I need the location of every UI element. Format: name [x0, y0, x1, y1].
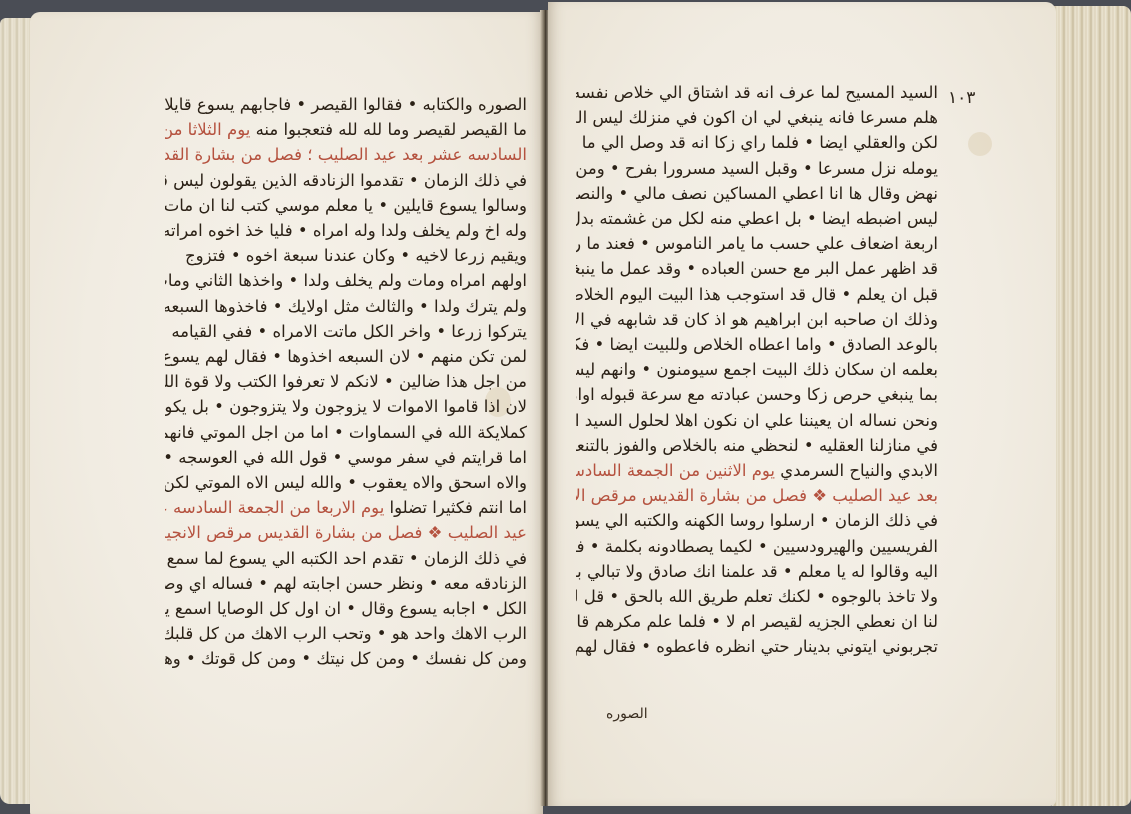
manuscript-line: نهض وقال ها انا اعطي المساكين نصف مالي •…	[576, 181, 938, 206]
manuscript-line: اليه وقالوا له يا معلم • قد علمنا انك صا…	[576, 559, 938, 584]
right-page-edges	[1052, 6, 1131, 806]
line-text: في ذلك الزمان • تقدموا الزنادقه الذين يق…	[165, 171, 527, 190]
manuscript-line: لمن تكن منهم • لان السبعه اخذوها • فقال …	[165, 344, 527, 369]
line-text: ونحن نساله ان يعيننا علي ان نكون اهلا لح…	[576, 411, 938, 430]
line-text: الصوره والكتابه • فقالوا القيصر • فاجابه…	[165, 95, 527, 114]
manuscript-line: وله اخ ولم يخلف ولدا وله امراه • فليا خذ…	[165, 218, 527, 243]
line-text: قبل ان يعلم • قال قد استوجب هذا البيت ال…	[576, 285, 938, 304]
line-text: اولهم امراه ومات ولم يخلف ولدا • واخذها …	[165, 271, 527, 290]
line-text: نهض وقال ها انا اعطي المساكين نصف مالي •…	[576, 184, 938, 203]
manuscript-line: اما قرايتم في سفر موسي • قول الله في الع…	[165, 445, 527, 470]
manuscript-line: لنا ان نعطي الجزيه لقيصر ام لا • فلما عل…	[576, 609, 938, 634]
manuscript-line: السادسه عشر بعد عيد الصليب ؛ فصل من بشار…	[165, 142, 527, 167]
line-text: عيد الصليب ❖ فصل من بشارة القديس مرقص ال…	[165, 523, 527, 542]
left-page-edges	[0, 18, 34, 804]
manuscript-line: اربعة اضعاف علي حسب ما يامر الناموس • فع…	[576, 231, 938, 256]
line-text: ليس اضبطه ايضا • بل اعطي منه لكل من غشمت…	[576, 209, 938, 228]
line-text: ولم يترك ولدا • والثالث مثل اولايك • فاخ…	[165, 297, 527, 316]
line-text: والاه اسحق والاه يعقوب • والله ليس الاه …	[165, 473, 527, 492]
line-text: لنا ان نعطي الجزيه لقيصر ام لا • فلما عل…	[576, 612, 938, 631]
manuscript-line: وسالوا يسوع قايلين • يا معلم موسي كتب لن…	[165, 193, 527, 218]
rubric-text: يوم الاربعا من الجمعة السادسه عشر بعد	[165, 498, 390, 517]
catchword: الصوره	[606, 706, 648, 722]
line-text: لكن والعقلي ايضا • فلما راي زكا انه قد و…	[576, 133, 938, 152]
manuscript-line: بعد عيد الصليب ❖ فصل من بشارة القديس مرق…	[576, 483, 938, 508]
line-text: ما القيصر لقيصر وما لله لله فتعجبوا منه	[256, 120, 527, 139]
manuscript-line: ولم يترك ولدا • والثالث مثل اولايك • فاخ…	[165, 294, 527, 319]
line-text: ويقيم زرعا لاخيه • وكان عندنا سبعة اخوه …	[185, 246, 527, 265]
open-manuscript: الصوره والكتابه • فقالوا القيصر • فاجابه…	[0, 0, 1131, 814]
line-text: الرب الاهك واحد هو • وتحب الرب الاهك من …	[165, 624, 527, 643]
line-text: يتركوا زرعا • واخر الكل ماتت الامراه • ف…	[165, 322, 527, 341]
manuscript-line: وذلك ان صاحبه ابن ابراهيم هو اذ كان قد ش…	[576, 307, 938, 332]
manuscript-line: الكل • اجابه يسوع وقال • ان اول كل الوصا…	[165, 596, 527, 621]
line-text: الابدي والنياح السرمدي	[780, 461, 938, 480]
line-text: اما انتم فكثيرا تضلوا	[390, 498, 527, 517]
rubric-text: يوم الاثنين من الجمعة السادسه عشر	[576, 461, 780, 480]
manuscript-line: السيد المسيح لما عرف انه قد اشتاق الي خل…	[576, 80, 938, 105]
manuscript-line: الفريسيين والهيرودسيين • لكيما يصطادونه …	[576, 534, 938, 559]
line-text: قد اظهر عمل البر مع حسن العباده • وقد عم…	[576, 259, 938, 278]
line-text: الزنادقه معه • ونظر حسن اجابته لهم • فسا…	[165, 574, 527, 593]
line-text: وذلك ان صاحبه ابن ابراهيم هو اذ كان قد ش…	[576, 310, 938, 329]
line-text: يومله نزل مسرعا • وقبل السيد مسرورا بفرح…	[576, 159, 938, 178]
manuscript-line: بعلمه ان سكان ذلك البيت اجمع سيومنون • و…	[576, 357, 938, 382]
manuscript-line: والاه اسحق والاه يعقوب • والله ليس الاه …	[165, 470, 527, 495]
left-page-text: الصوره والكتابه • فقالوا القيصر • فاجابه…	[165, 92, 527, 672]
rubric-text: يوم الثلاثا من الجمعة	[165, 120, 256, 139]
line-text: في منازلنا العقليه • لنحظي منه بالخلاص و…	[576, 436, 938, 455]
line-text: وله اخ ولم يخلف ولدا وله امراه • فليا خذ…	[165, 221, 527, 240]
manuscript-line: الابدي والنياح السرمدي يوم الاثنين من ال…	[576, 458, 938, 483]
stain	[968, 132, 992, 156]
manuscript-line: كملايكة الله في السماوات • اما من اجل ال…	[165, 420, 527, 445]
manuscript-line: عيد الصليب ❖ فصل من بشارة القديس مرقص ال…	[165, 520, 527, 545]
line-text: لان اذا قاموا الاموات لا يزوجون ولا يتزو…	[165, 397, 527, 416]
manuscript-line: يومله نزل مسرعا • وقبل السيد مسرورا بفرح…	[576, 156, 938, 181]
line-text: تجربوني ايتوني بدينار حتي انظره فاعطوه •…	[576, 637, 938, 656]
line-text: بما ينبغي حرص زكا وحسن عبادته مع سرعة قب…	[576, 385, 938, 404]
manuscript-line: هلم مسرعا فانه ينبغي لي ان اكون في منزلك…	[576, 105, 938, 130]
manuscript-line: اما انتم فكثيرا تضلوا يوم الاربعا من الج…	[165, 495, 527, 520]
manuscript-line: لكن والعقلي ايضا • فلما راي زكا انه قد و…	[576, 130, 938, 155]
line-text: اليه وقالوا له يا معلم • قد علمنا انك صا…	[576, 562, 938, 581]
manuscript-line: لان اذا قاموا الاموات لا يزوجون ولا يتزو…	[165, 394, 527, 419]
manuscript-line: قبل ان يعلم • قال قد استوجب هذا البيت ال…	[576, 282, 938, 307]
manuscript-line: قد اظهر عمل البر مع حسن العباده • وقد عم…	[576, 256, 938, 281]
manuscript-line: الرب الاهك واحد هو • وتحب الرب الاهك من …	[165, 621, 527, 646]
right-page-text: السيد المسيح لما عرف انه قد اشتاق الي خل…	[576, 80, 938, 660]
left-page: الصوره والكتابه • فقالوا القيصر • فاجابه…	[30, 12, 543, 814]
manuscript-line: تجربوني ايتوني بدينار حتي انظره فاعطوه •…	[576, 634, 938, 659]
manuscript-line: ولا تاخذ بالوجوه • لكنك تعلم طريق الله ب…	[576, 584, 938, 609]
manuscript-line: يتركوا زرعا • واخر الكل ماتت الامراه • ف…	[165, 319, 527, 344]
folio-number: ١٠٣	[948, 88, 975, 108]
line-text: من اجل هذا ضالين • لانكم لا تعرفوا الكتب…	[165, 372, 527, 391]
manuscript-line: بما ينبغي حرص زكا وحسن عبادته مع سرعة قب…	[576, 382, 938, 407]
manuscript-line: ويقيم زرعا لاخيه • وكان عندنا سبعة اخوه …	[165, 243, 527, 268]
manuscript-line: الصوره والكتابه • فقالوا القيصر • فاجابه…	[165, 92, 527, 117]
line-text: هلم مسرعا فانه ينبغي لي ان اكون في منزلك…	[576, 108, 938, 127]
manuscript-line: من اجل هذا ضالين • لانكم لا تعرفوا الكتب…	[165, 369, 527, 394]
manuscript-line: ليس اضبطه ايضا • بل اعطي منه لكل من غشمت…	[576, 206, 938, 231]
line-text: ولا تاخذ بالوجوه • لكنك تعلم طريق الله ب…	[576, 587, 938, 606]
line-text: في ذلك الزمان • ارسلوا روسا الكهنه والكت…	[576, 511, 938, 530]
line-text: في ذلك الزمان • تقدم احد الكتبه الي يسوع…	[165, 549, 527, 568]
line-text: بعد عيد الصليب ❖ فصل من بشارة القديس مرق…	[576, 486, 938, 505]
manuscript-line: ومن كل نفسك • ومن كل نيتك • ومن كل قوتك …	[165, 646, 527, 671]
line-text: السادسه عشر بعد عيد الصليب ؛ فصل من بشار…	[165, 145, 527, 164]
manuscript-line: في ذلك الزمان • تقدموا الزنادقه الذين يق…	[165, 168, 527, 193]
line-text: اربعة اضعاف علي حسب ما يامر الناموس • فع…	[576, 234, 938, 253]
manuscript-line: في ذلك الزمان • تقدم احد الكتبه الي يسوع…	[165, 546, 527, 571]
manuscript-line: اولهم امراه ومات ولم يخلف ولدا • واخذها …	[165, 268, 527, 293]
line-text: ومن كل نفسك • ومن كل نيتك • ومن كل قوتك …	[165, 649, 527, 668]
manuscript-line: في منازلنا العقليه • لنحظي منه بالخلاص و…	[576, 433, 938, 458]
manuscript-line: في ذلك الزمان • ارسلوا روسا الكهنه والكت…	[576, 508, 938, 533]
manuscript-line: بالوعد الصادق • واما اعطاه الخلاص وللبيت…	[576, 332, 938, 357]
line-text: الفريسيين والهيرودسيين • لكيما يصطادونه …	[576, 537, 938, 556]
line-text: كملايكة الله في السماوات • اما من اجل ال…	[165, 423, 527, 442]
line-text: اما قرايتم في سفر موسي • قول الله في الع…	[165, 448, 527, 467]
line-text: وسالوا يسوع قايلين • يا معلم موسي كتب لن…	[165, 196, 527, 215]
line-text: بعلمه ان سكان ذلك البيت اجمع سيومنون • و…	[576, 360, 938, 379]
manuscript-line: ما القيصر لقيصر وما لله لله فتعجبوا منه …	[165, 117, 527, 142]
line-text: السيد المسيح لما عرف انه قد اشتاق الي خل…	[576, 83, 938, 102]
line-text: الكل • اجابه يسوع وقال • ان اول كل الوصا…	[165, 599, 527, 618]
manuscript-line: ونحن نساله ان يعيننا علي ان نكون اهلا لح…	[576, 408, 938, 433]
manuscript-line: الزنادقه معه • ونظر حسن اجابته لهم • فسا…	[165, 571, 527, 596]
right-page: ١٠٣ السيد المسيح لما عرف انه قد اشتاق ال…	[548, 2, 1056, 806]
line-text: لمن تكن منهم • لان السبعه اخذوها • فقال …	[165, 347, 527, 366]
line-text: بالوعد الصادق • واما اعطاه الخلاص وللبيت…	[576, 335, 938, 354]
